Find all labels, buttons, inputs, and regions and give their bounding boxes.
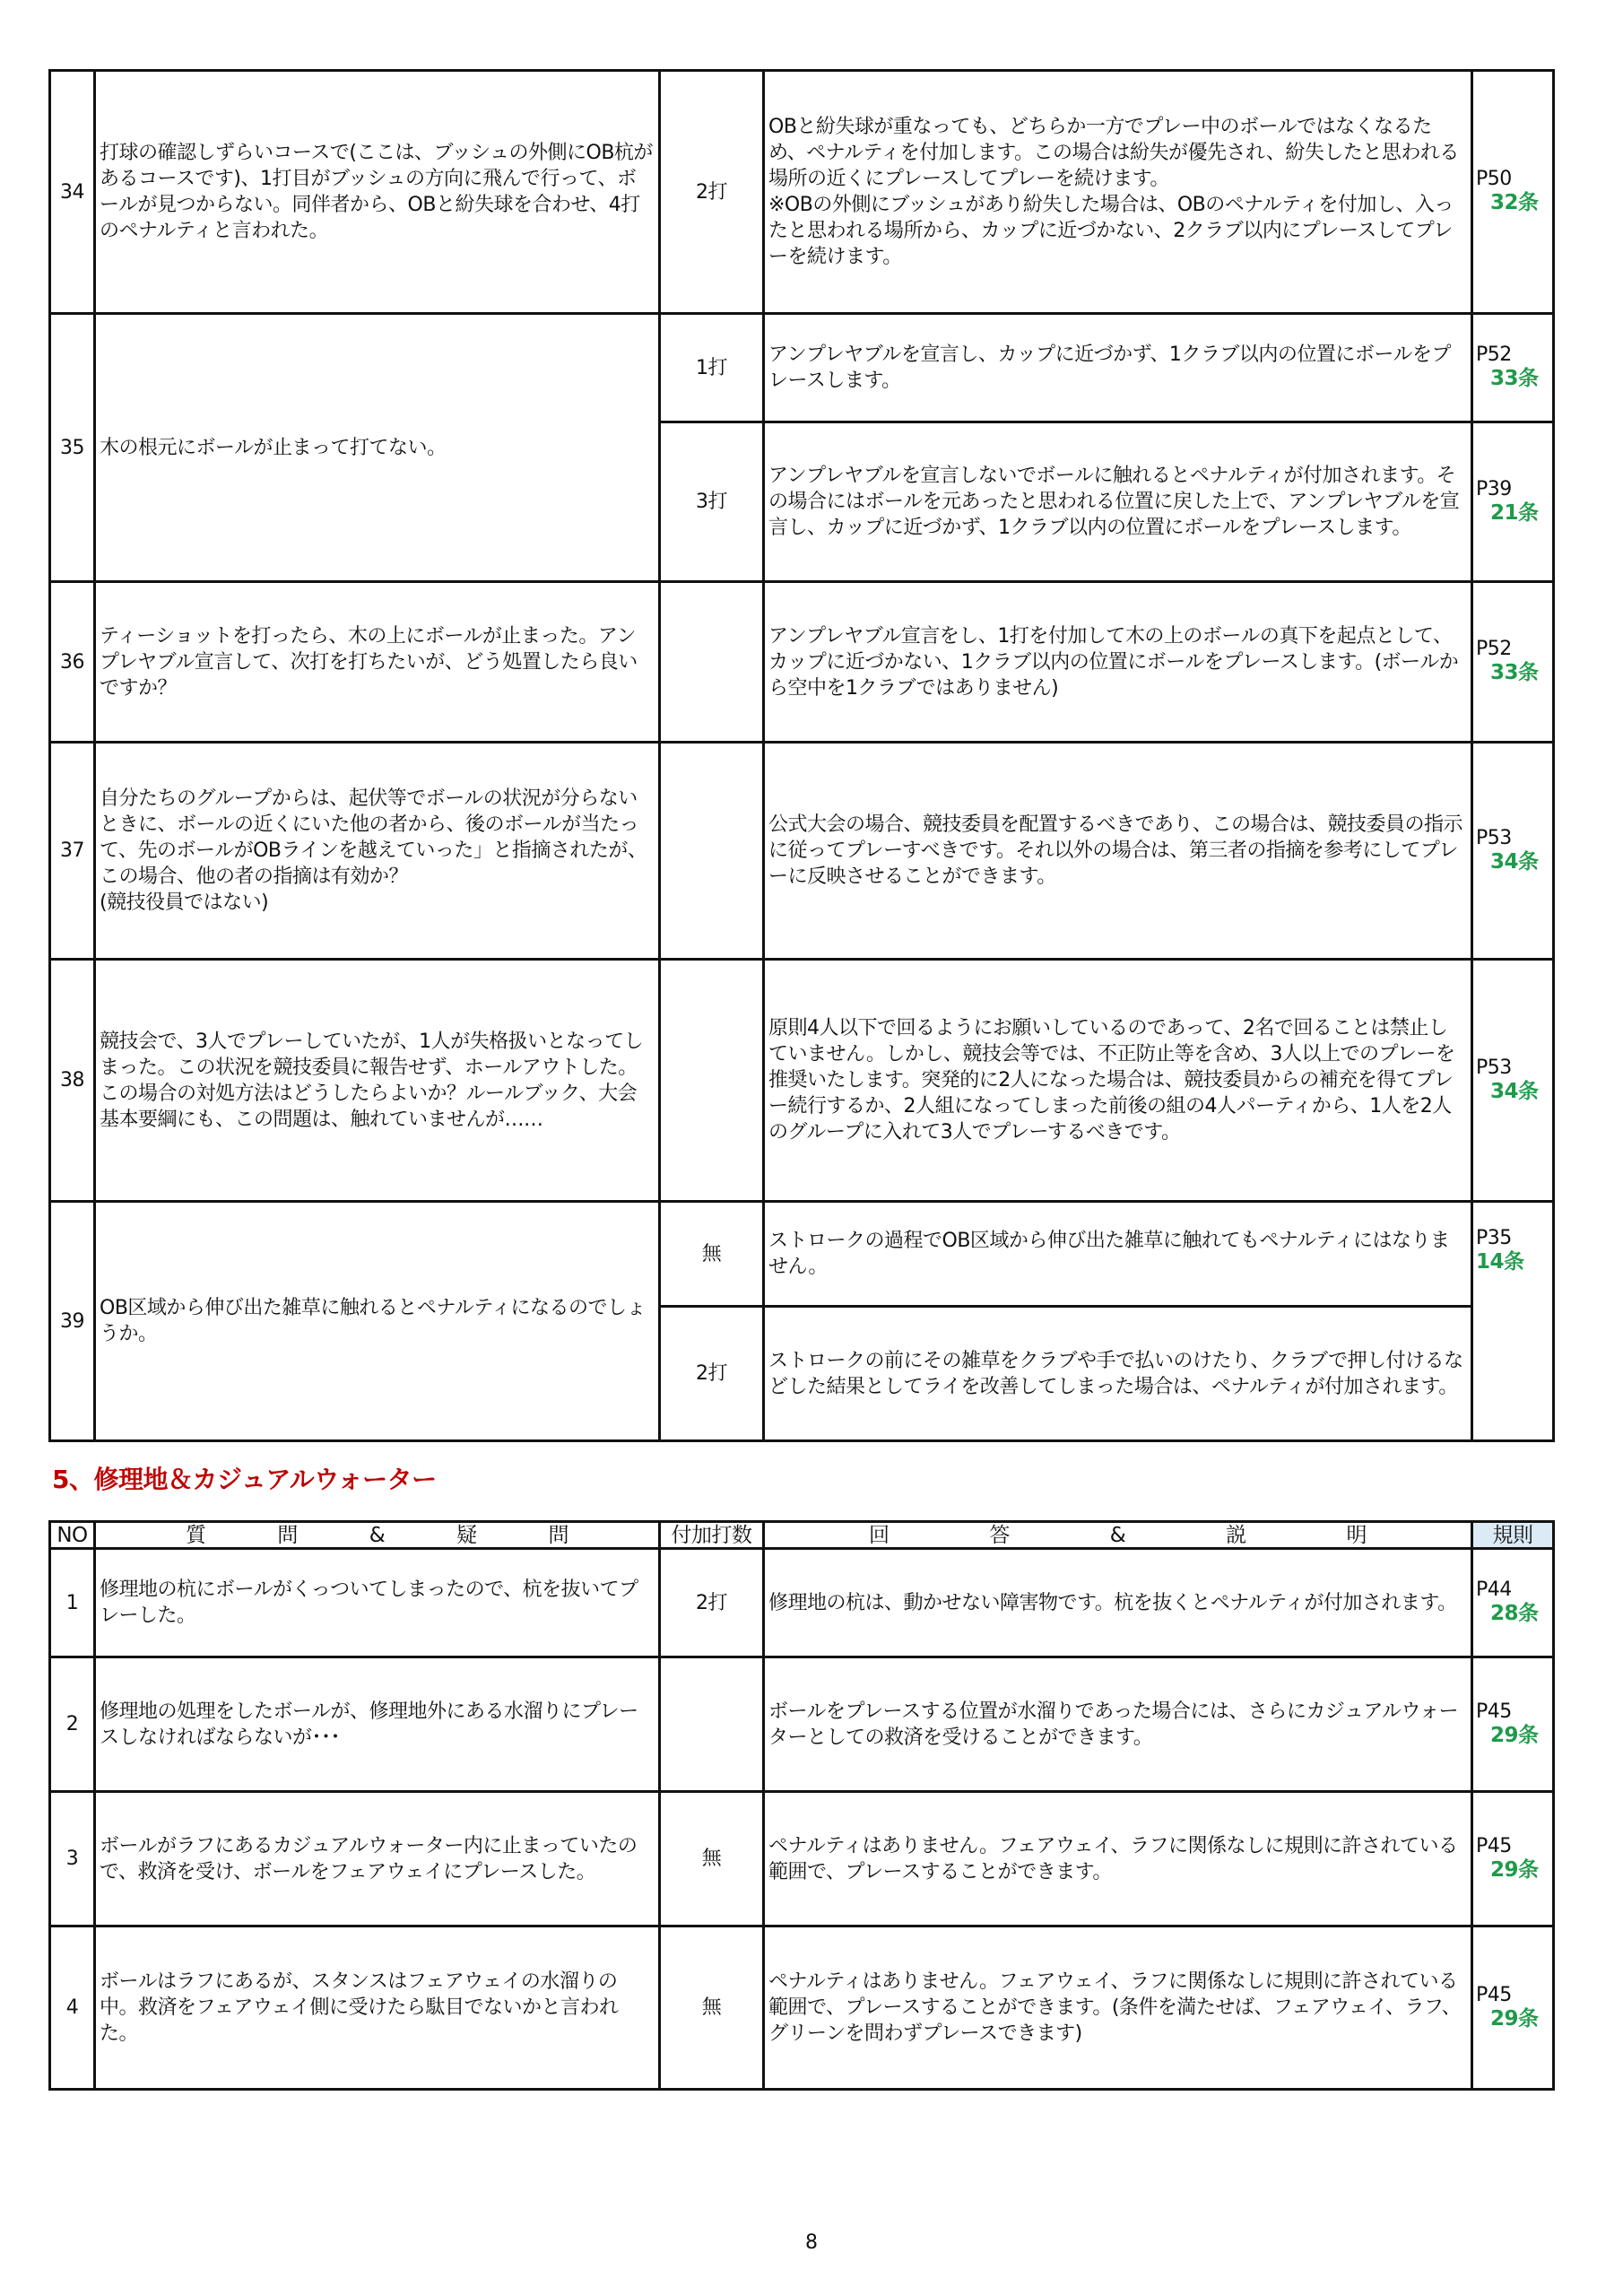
rulebook-page-ref: P50 (1476, 169, 1550, 190)
header-question: 質 問 & 疑 問 (95, 1522, 660, 1549)
table-row-3: 3 ボールがラフにあるカジュアルウォーター内に止まっていたので、救済を受け、ボー… (50, 1792, 1554, 1926)
answer-cell: アンプレヤブル宣言をし、1打を付加して木の上のボールの真下を起点として、カップに… (764, 582, 1472, 743)
rule-cell: P53 34条 (1472, 743, 1554, 960)
header-char: 問 (549, 1524, 569, 1547)
penalty-cell: 2打 (660, 1549, 764, 1657)
row-number: 3 (50, 1792, 95, 1926)
rulebook-page-ref: P45 (1476, 1701, 1550, 1723)
row-number: 4 (50, 1926, 95, 2090)
penalty-cell: 無 (660, 1926, 764, 2090)
question-cell: ボールがラフにあるカジュアルウォーター内に止まっていたので、救済を受け、ボールを… (95, 1792, 660, 1926)
table-header-row: NO 質 問 & 疑 問 付加打数 回 答 & (50, 1522, 1554, 1549)
table-row-34: 34 打球の確認しずらいコースで(ここは、ブッシュの外側にOB杭があるコースです… (50, 71, 1554, 314)
question-cell: 修理地の処理をしたボールが、修理地外にある水溜りにプレースしなければならないが･… (95, 1657, 660, 1792)
qa-table-section5: NO 質 問 & 疑 問 付加打数 回 答 & (48, 1520, 1555, 2091)
rule-article: 29条 (1476, 1857, 1550, 1883)
answer-cell: ストロークの過程でOB区域から伸び出た雑草に触れてもペナルティにはなりません。 (764, 1202, 1472, 1307)
header-char: 明 (1347, 1524, 1367, 1547)
rule-article: 34条 (1476, 849, 1550, 874)
rulebook-page-ref: P45 (1476, 1836, 1550, 1857)
header-penalty: 付加打数 (660, 1522, 764, 1549)
table-row-4: 4 ボールはラフにあるが、スタンスはフェアウェイの水溜りの中。救済をフェアウェイ… (50, 1926, 1554, 2090)
rule-cell: P45 29条 (1472, 1657, 1554, 1792)
rulebook-page-ref: P45 (1476, 1985, 1550, 2006)
rule-article: 29条 (1476, 2006, 1550, 2031)
table-row-39: 39 OB区域から伸び出た雑草に触れるとペナルティになるのでしょうか。 無 スト… (50, 1202, 1554, 1307)
table-row-36: 36 ティーショットを打ったら、木の上にボールが止まった。アンプレヤブル宣言して… (50, 582, 1554, 743)
header-char: 回 (869, 1524, 890, 1547)
document-page: 34 打球の確認しずらいコースで(ここは、ブッシュの外側にOB杭があるコースです… (0, 0, 1623, 2296)
rulebook-page-ref: P53 (1476, 1057, 1550, 1079)
penalty-cell: 無 (660, 1792, 764, 1926)
answer-cell: ボールをプレースする位置が水溜りであった場合には、さらにカジュアルウォーターとし… (764, 1657, 1472, 1792)
rule-article: 32条 (1476, 190, 1550, 215)
penalty-cell (660, 743, 764, 960)
rule-cell: P44 28条 (1472, 1549, 1554, 1657)
header-rule: 規則 (1472, 1522, 1554, 1549)
row-number: 34 (50, 71, 95, 314)
header-answer: 回 答 & 説 明 (764, 1522, 1472, 1549)
row-number: 38 (50, 960, 95, 1202)
question-cell: ボールはラフにあるが、スタンスはフェアウェイの水溜りの中。救済をフェアウェイ側に… (95, 1926, 660, 2090)
rulebook-page-ref: P52 (1476, 344, 1550, 366)
page-number: 8 (0, 2231, 1623, 2254)
question-cell: 木の根元にボールが止まって打てない。 (95, 314, 660, 582)
rule-article: 34条 (1476, 1079, 1550, 1104)
rulebook-page-ref: P35 (1476, 1228, 1550, 1249)
answer-cell: 公式大会の場合、競技委員を配置するべきであり、この場合は、競技委員の指示に従って… (764, 743, 1472, 960)
row-number: 35 (50, 314, 95, 582)
rule-article: 29条 (1476, 1723, 1550, 1748)
rulebook-page-ref: P39 (1476, 479, 1550, 500)
row-number: 37 (50, 743, 95, 960)
rulebook-page-ref: P53 (1476, 828, 1550, 849)
penalty-cell (660, 960, 764, 1202)
rule-cell: P35 14条 (1472, 1202, 1554, 1441)
rule-cell: P45 29条 (1472, 1926, 1554, 2090)
rule-article: 21条 (1476, 500, 1550, 526)
penalty-cell (660, 582, 764, 743)
header-char: 質 (186, 1524, 206, 1547)
header-char: 疑 (456, 1524, 477, 1547)
answer-cell: アンプレヤブルを宣言し、カップに近づかず、1クラブ以内の位置にボールをプレースし… (764, 314, 1472, 422)
qa-table-section4: 34 打球の確認しずらいコースで(ここは、ブッシュの外側にOB杭があるコースです… (48, 69, 1555, 1442)
header-no: NO (50, 1522, 95, 1549)
table-row-1: 1 修理地の杭にボールがくっついてしまったので、杭を抜いてプレーした。 2打 修… (50, 1549, 1554, 1657)
header-char: & (1110, 1524, 1125, 1547)
question-cell: 競技会で、3人でプレーしていたが、1人が失格扱いとなってしまった。この状況を競技… (95, 960, 660, 1202)
question-cell: 自分たちのグループからは、起伏等でボールの状況が分らないときに、ボールの近くにい… (95, 743, 660, 960)
penalty-cell: 1打 (660, 314, 764, 422)
row-number: 2 (50, 1657, 95, 1792)
header-char: 答 (989, 1524, 1010, 1547)
answer-cell: ペナルティはありません。フェアウェイ、ラフに関係なしに規則に許されている範囲で、… (764, 1792, 1472, 1926)
rule-article: 14条 (1476, 1249, 1550, 1274)
answer-cell: アンプレヤブルを宣言しないでボールに触れるとペナルティが付加されます。その場合に… (764, 422, 1472, 582)
answer-cell: ペナルティはありません。フェアウェイ、ラフに関係なしに規則に許されている範囲で、… (764, 1926, 1472, 2090)
answer-cell: OBと紛失球が重なっても、どちらか一方でプレー中のボールではなくなるため、ペナル… (764, 71, 1472, 314)
rule-cell: P39 21条 (1472, 422, 1554, 582)
question-cell: 修理地の杭にボールがくっついてしまったので、杭を抜いてプレーした。 (95, 1549, 660, 1657)
rule-cell: P52 33条 (1472, 314, 1554, 422)
rulebook-page-ref: P52 (1476, 639, 1550, 660)
question-cell: OB区域から伸び出た雑草に触れるとペナルティになるのでしょうか。 (95, 1202, 660, 1441)
rule-cell: P53 34条 (1472, 960, 1554, 1202)
row-number: 1 (50, 1549, 95, 1657)
header-char: 説 (1226, 1524, 1246, 1547)
rule-cell: P45 29条 (1472, 1792, 1554, 1926)
question-cell: ティーショットを打ったら、木の上にボールが止まった。アンプレヤブル宣言して、次打… (95, 582, 660, 743)
penalty-cell: 3打 (660, 422, 764, 582)
answer-cell: ストロークの前にその雑草をクラブや手で払いのけたり、クラブで押し付けるなどした結… (764, 1307, 1472, 1441)
rule-article: 33条 (1476, 660, 1550, 685)
row-number: 36 (50, 582, 95, 743)
answer-cell: 原則4人以下で回るようにお願いしているのであって、2名で回ることは禁止していませ… (764, 960, 1472, 1202)
table-row-37: 37 自分たちのグループからは、起伏等でボールの状況が分らないときに、ボールの近… (50, 743, 1554, 960)
header-char: 問 (277, 1524, 298, 1547)
penalty-cell: 2打 (660, 71, 764, 314)
section-title: 5、修理地＆カジュアルウォーター (52, 1460, 437, 1496)
rulebook-page-ref: P44 (1476, 1579, 1550, 1601)
penalty-cell (660, 1657, 764, 1792)
table-row-2: 2 修理地の処理をしたボールが、修理地外にある水溜りにプレースしなければならない… (50, 1657, 1554, 1792)
rule-article: 33条 (1476, 366, 1550, 391)
penalty-cell: 2打 (660, 1307, 764, 1441)
rule-article: 28条 (1476, 1601, 1550, 1626)
row-number: 39 (50, 1202, 95, 1441)
rule-cell: P50 32条 (1472, 71, 1554, 314)
answer-cell: 修理地の杭は、動かせない障害物です。杭を抜くとペナルティが付加されます。 (764, 1549, 1472, 1657)
penalty-cell: 無 (660, 1202, 764, 1307)
question-cell: 打球の確認しずらいコースで(ここは、ブッシュの外側にOB杭があるコースです)、1… (95, 71, 660, 314)
rule-cell: P52 33条 (1472, 582, 1554, 743)
table-row-38: 38 競技会で、3人でプレーしていたが、1人が失格扱いとなってしまった。この状況… (50, 960, 1554, 1202)
table-row-35: 35 木の根元にボールが止まって打てない。 1打 アンプレヤブルを宣言し、カップ… (50, 314, 1554, 422)
header-char: & (369, 1524, 385, 1547)
